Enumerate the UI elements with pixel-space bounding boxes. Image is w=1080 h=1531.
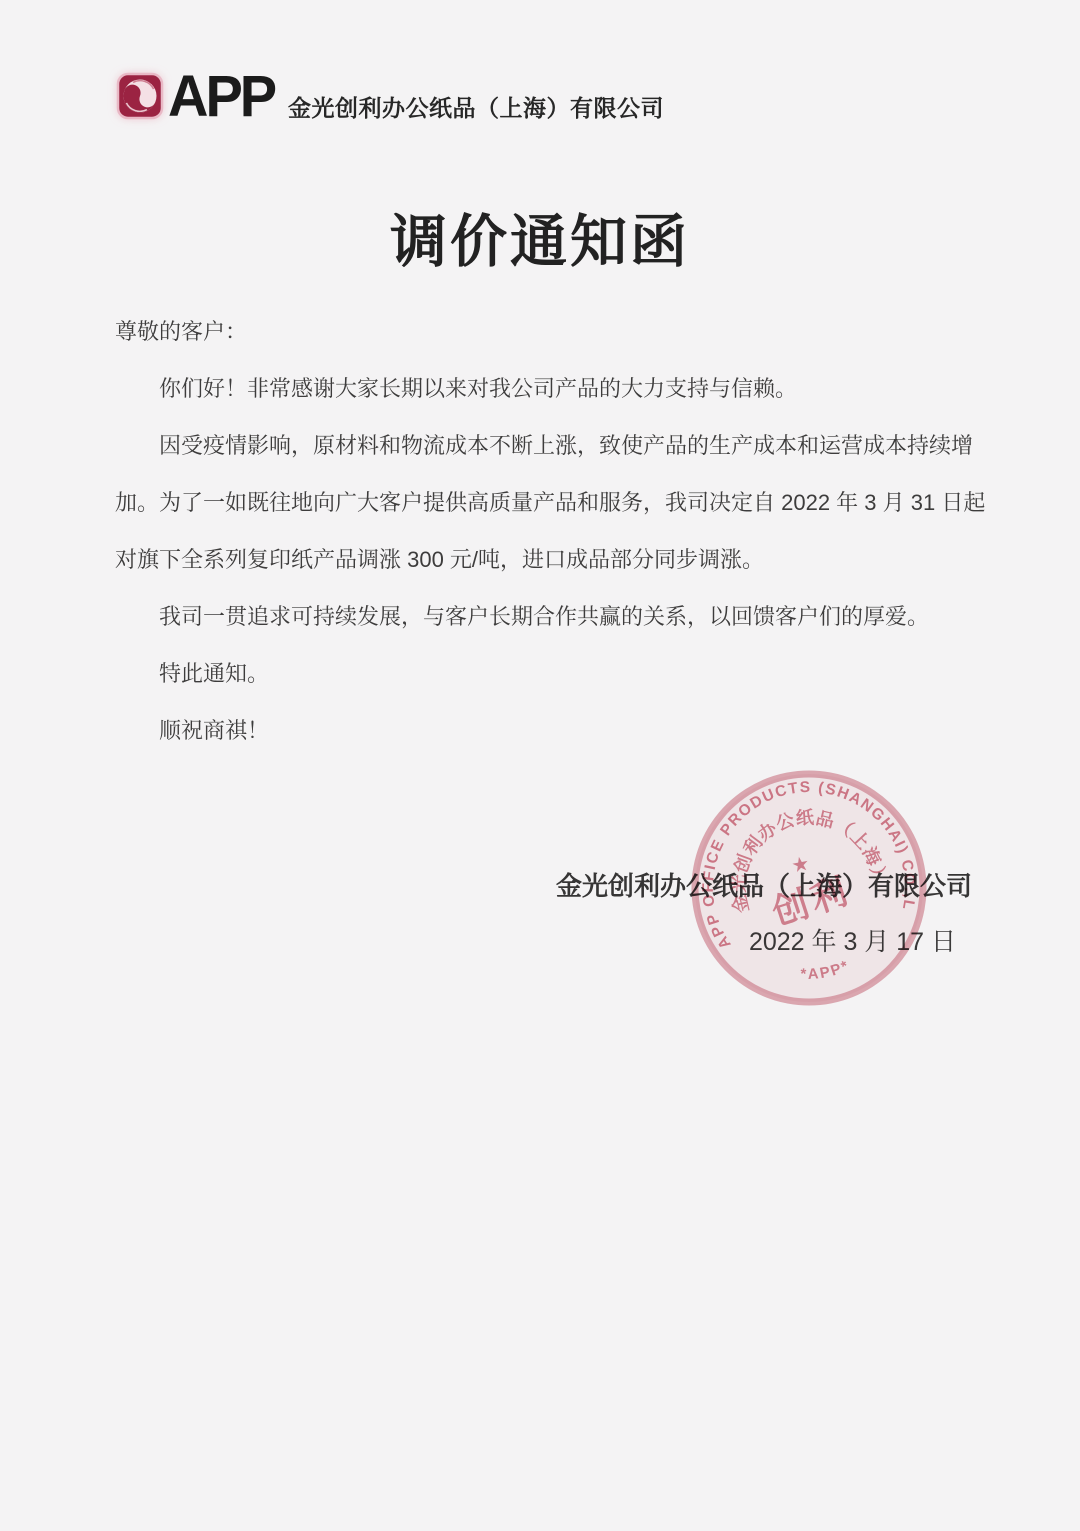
letter-header: APP 金光创利办公纸品（上海）有限公司 bbox=[0, 0, 1080, 160]
signature-company-name: 金光创利办公纸品（上海）有限公司 bbox=[556, 866, 972, 903]
closing-line: 顺祝商祺！ bbox=[115, 702, 1015, 759]
salutation-line: 尊敬的客户： bbox=[115, 303, 1015, 360]
body-line: 对旗下全系列复印纸产品调涨 300 元/吨，进口成品部分同步调涨。 bbox=[115, 531, 1015, 588]
body-line: 加。为了一如既往地向广大客户提供高质量产品和服务，我司决定自 2022 年 3 … bbox=[115, 474, 1015, 531]
letter-page: APP 金光创利办公纸品（上海）有限公司 调价通知函 尊敬的客户： 你们好！非常… bbox=[0, 0, 1080, 1531]
letter-title: 调价通知函 bbox=[0, 196, 1080, 278]
body-line: 因受疫情影响，原材料和物流成本不断上涨，致使产品的生产成本和运营成本持续增 bbox=[115, 417, 1015, 474]
app-paper-swirl-icon bbox=[116, 72, 164, 120]
seal-bottom-text: *APP* bbox=[797, 956, 854, 986]
app-logo-wordmark: APP bbox=[168, 71, 274, 121]
letter-body: 尊敬的客户： 你们好！非常感谢大家长期以来对我公司产品的大力支持与信赖。 因受疫… bbox=[115, 303, 1015, 759]
body-line: 你们好！非常感谢大家长期以来对我公司产品的大力支持与信赖。 bbox=[115, 360, 1015, 417]
body-line: 我司一贯追求可持续发展，与客户长期合作共赢的关系，以回馈客户们的厚爱。 bbox=[115, 588, 1015, 645]
app-logo: APP bbox=[116, 72, 274, 120]
signature-date: 2022 年 3 月 17 日 bbox=[749, 922, 956, 958]
notice-line: 特此通知。 bbox=[115, 645, 1015, 702]
header-company-name: 金光创利办公纸品（上海）有限公司 bbox=[288, 90, 664, 123]
